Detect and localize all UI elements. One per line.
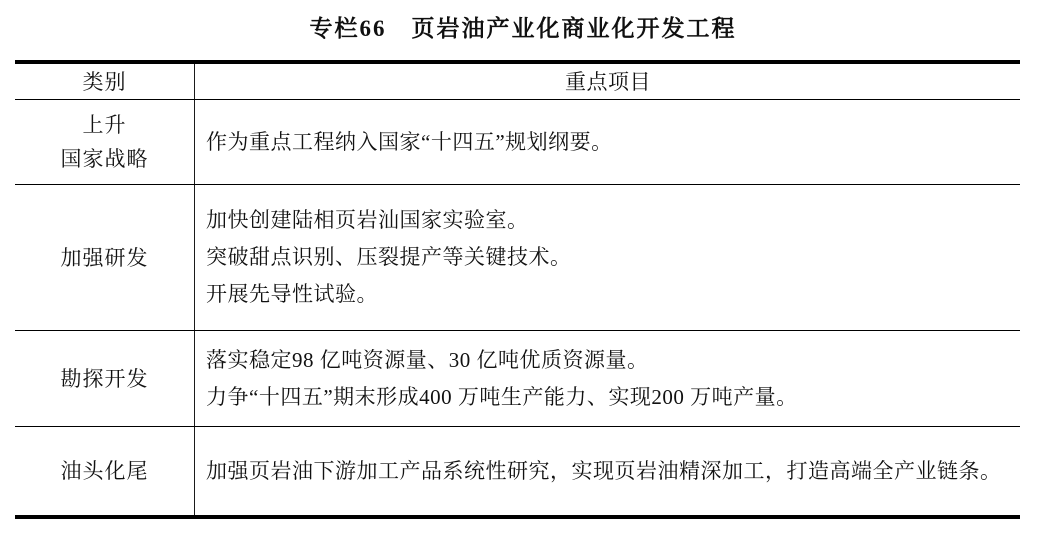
table-row: 勘探开发 落实稳定98 亿吨资源量、30 亿吨优质资源量。 力争“十四五”期末形… (15, 331, 1020, 427)
category-line: 国家战略 (61, 142, 149, 176)
projects-cell: 作为重点工程纳入国家“十四五”规划纲要。 (195, 100, 1020, 184)
projects-table: 类别 重点项目 上升 国家战略 作为重点工程纳入国家“十四五”规划纲要。 加强研… (15, 60, 1020, 519)
category-line: 油头化尾 (61, 454, 149, 488)
category-cell: 加强研发 (15, 185, 195, 330)
category-cell: 上升 国家战略 (15, 100, 195, 184)
project-item: 作为重点工程纳入国家“十四五”规划纲要。 (206, 124, 1010, 161)
project-item: 力争“十四五”期末形成400 万吨生产能力、实现200 万吨产量。 (206, 379, 1010, 416)
header-cell-category: 类别 (15, 64, 195, 99)
header-cell-projects: 重点项目 (195, 64, 1020, 99)
category-cell: 油头化尾 (15, 427, 195, 515)
project-item: 加强页岩油下游加工产品系统性研究，实现页岩油精深加工，打造高端全产业链条。 (206, 453, 1010, 490)
category-line: 勘探开发 (61, 362, 149, 396)
table-row: 上升 国家战略 作为重点工程纳入国家“十四五”规划纲要。 (15, 100, 1020, 185)
category-line: 加强研发 (61, 241, 149, 275)
project-item: 落实稳定98 亿吨资源量、30 亿吨优质资源量。 (206, 342, 1010, 379)
header-label-category: 类别 (83, 65, 127, 99)
table-row: 油头化尾 加强页岩油下游加工产品系统性研究，实现页岩油精深加工，打造高端全产业链… (15, 427, 1020, 515)
projects-cell: 落实稳定98 亿吨资源量、30 亿吨优质资源量。 力争“十四五”期末形成400 … (195, 331, 1020, 426)
project-item: 开展先导性试验。 (206, 276, 1010, 313)
project-item: 突破甜点识别、压裂提产等关键技术。 (206, 239, 1010, 276)
category-cell: 勘探开发 (15, 331, 195, 426)
category-line: 上升 (83, 108, 127, 142)
project-item: 加快创建陆相页岩汕国家实验室。 (206, 202, 1010, 239)
projects-cell: 加快创建陆相页岩汕国家实验室。 突破甜点识别、压裂提产等关键技术。 开展先导性试… (195, 185, 1020, 330)
document-page: 专栏66 页岩油产业化商业化开发工程 类别 重点项目 上升 国家战略 作为重点工… (0, 0, 1046, 535)
page-title: 专栏66 页岩油产业化商业化开发工程 (0, 10, 1046, 43)
table-header-row: 类别 重点项目 (15, 64, 1020, 100)
header-label-projects: 重点项目 (565, 67, 651, 97)
projects-cell: 加强页岩油下游加工产品系统性研究，实现页岩油精深加工，打造高端全产业链条。 (195, 427, 1020, 515)
table-row: 加强研发 加快创建陆相页岩汕国家实验室。 突破甜点识别、压裂提产等关键技术。 开… (15, 185, 1020, 331)
